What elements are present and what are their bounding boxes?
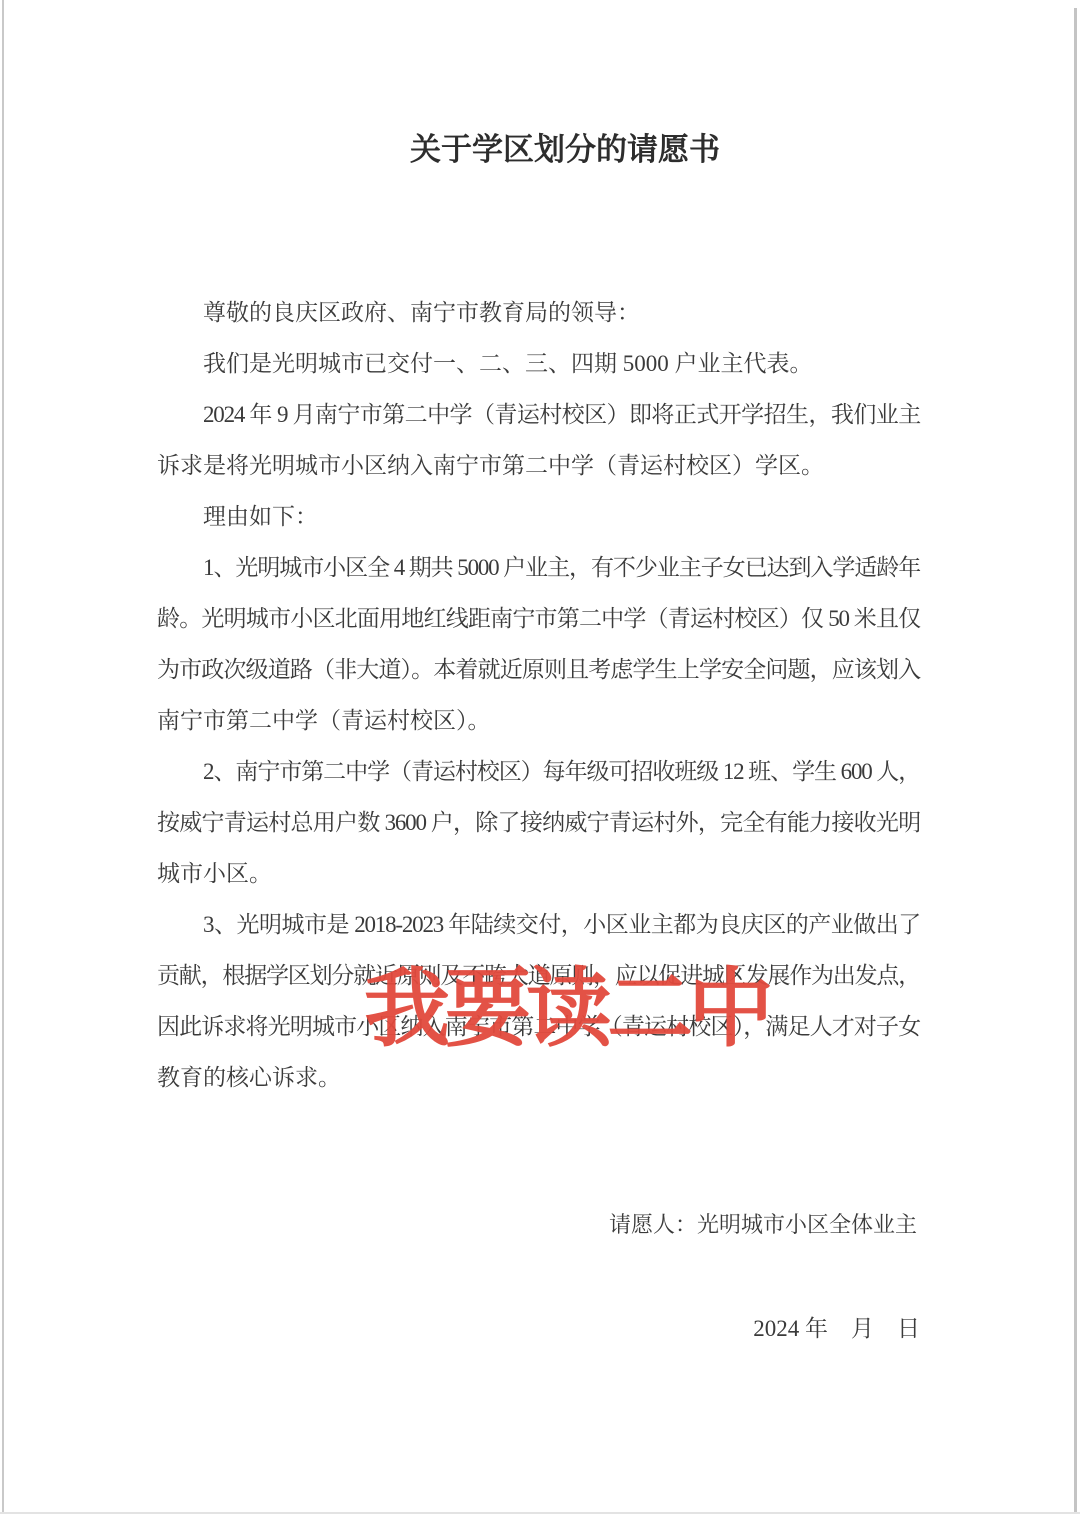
document-line: 诉求是将光明城市小区纳入南宁市第二中学（青运村校区）学区。	[157, 440, 920, 491]
document-line: 按威宁青运村总用户数 3600 户，除了接纳威宁青运村外，完全有能力接收光明	[157, 797, 920, 848]
petition-document-page: 关于学区划分的请愿书 尊敬的良庆区政府、南宁市教育局的领导： 我们是光明城市已交…	[0, 0, 1080, 1514]
document-line: 1、光明城市小区全 4 期共 5000 户业主，有不少业主子女已达到入学适龄年	[157, 542, 920, 593]
document-date-line: 2024 年 月 日	[753, 1314, 920, 1344]
document-line: 尊敬的良庆区政府、南宁市教育局的领导：	[157, 287, 920, 338]
document-line: 2024 年 9 月南宁市第二中学（青运村校区）即将正式开学招生，我们业主	[157, 389, 920, 440]
document-line: 理由如下：	[157, 491, 920, 542]
document-line: 2、南宁市第二中学（青运村校区）每年级可招收班级 12 班、学生 600 人，	[157, 746, 920, 797]
document-line: 城市小区。	[157, 848, 920, 899]
red-watermark-text: 我要读二中	[364, 963, 769, 1055]
document-title: 关于学区划分的请愿书	[25, 130, 1080, 170]
document-line: 南宁市第二中学（青运村校区）。	[157, 695, 920, 746]
document-line: 龄。光明城市小区北面用地红线距南宁市第二中学（青运村校区）仅 50 米且仅	[157, 593, 920, 644]
document-line: 教育的核心诉求。	[157, 1052, 920, 1103]
document-line: 为市政次级道路（非大道）。本着就近原则且考虑学生上学安全问题，应该划入	[157, 644, 920, 695]
document-line: 3、光明城市是 2018-2023 年陆续交付，小区业主都为良庆区的产业做出了	[157, 899, 920, 950]
page-right-edge	[1074, 8, 1077, 1514]
document-line: 我们是光明城市已交付一、二、三、四期 5000 户业主代表。	[157, 338, 920, 389]
page-left-edge	[2, 0, 4, 1514]
petitioner-signature-line: 请愿人：光明城市小区全体业主	[609, 1210, 917, 1240]
